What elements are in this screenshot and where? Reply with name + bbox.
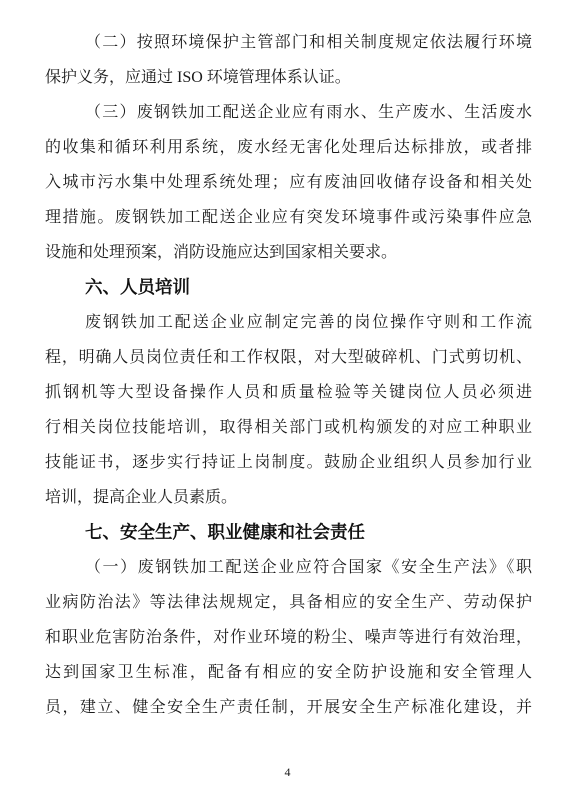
document-body: （二）按照环境保护主管部门和相关制度规定依法履行环境 保护义务，应通过 ISO … xyxy=(0,0,575,725)
text-line: 达到国家卫生标准，配备有相应的安全防护设施和安全管理人 xyxy=(45,655,532,690)
text-line: 理措施。废钢铁加工配送企业应有突发环境事件或污染事件应急 xyxy=(45,200,532,235)
text-line: 和职业危害防治条件，对作业环境的粉尘、噪声等进行有效治理， xyxy=(45,620,532,655)
page-footer: 4 xyxy=(0,763,575,781)
text-line: 业病防治法》等法律法规规定，具备相应的安全生产、劳动保护 xyxy=(45,585,532,620)
text-line: 程，明确人员岗位责任和工作权限，对大型破碎机、门式剪切机、 xyxy=(45,340,532,375)
text-line: （一）废钢铁加工配送企业应符合国家《安全生产法》《职 xyxy=(45,550,532,585)
text-line: 员，建立、健全安全生产责任制，开展安全生产标准化建设，并 xyxy=(45,690,532,725)
text-line: 培训，提高企业人员素质。 xyxy=(45,480,532,515)
text-line: 的收集和循环利用系统，废水经无害化处理后达标排放，或者排 xyxy=(45,130,532,165)
text-line: 设施和处理预案，消防设施应达到国家相关要求。 xyxy=(45,235,532,270)
text-line: （三）废钢铁加工配送企业应有雨水、生产废水、生活废水 xyxy=(45,95,532,130)
text-line: 废钢铁加工配送企业应制定完善的岗位操作守则和工作流 xyxy=(45,305,532,340)
text-line: 保护义务，应通过 ISO 环境管理体系认证。 xyxy=(45,60,532,95)
text-line: （二）按照环境保护主管部门和相关制度规定依法履行环境 xyxy=(45,25,532,60)
document-page: （二）按照环境保护主管部门和相关制度规定依法履行环境 保护义务，应通过 ISO … xyxy=(0,0,575,787)
text-line: 入城市污水集中处理系统处理；应有废油回收储存设备和相关处 xyxy=(45,165,532,200)
section-heading-personnel-training: 六、人员培训 xyxy=(45,270,532,305)
section-heading-safety-health-responsibility: 七、安全生产、职业健康和社会责任 xyxy=(45,515,532,550)
text-line: 行相关岗位技能培训，取得相关部门或机构颁发的对应工种职业 xyxy=(45,410,532,445)
text-line: 抓钢机等大型设备操作人员和质量检验等关键岗位人员必须进 xyxy=(45,375,532,410)
page-number: 4 xyxy=(285,765,291,779)
text-line: 技能证书，逐步实行持证上岗制度。鼓励企业组织人员参加行业 xyxy=(45,445,532,480)
